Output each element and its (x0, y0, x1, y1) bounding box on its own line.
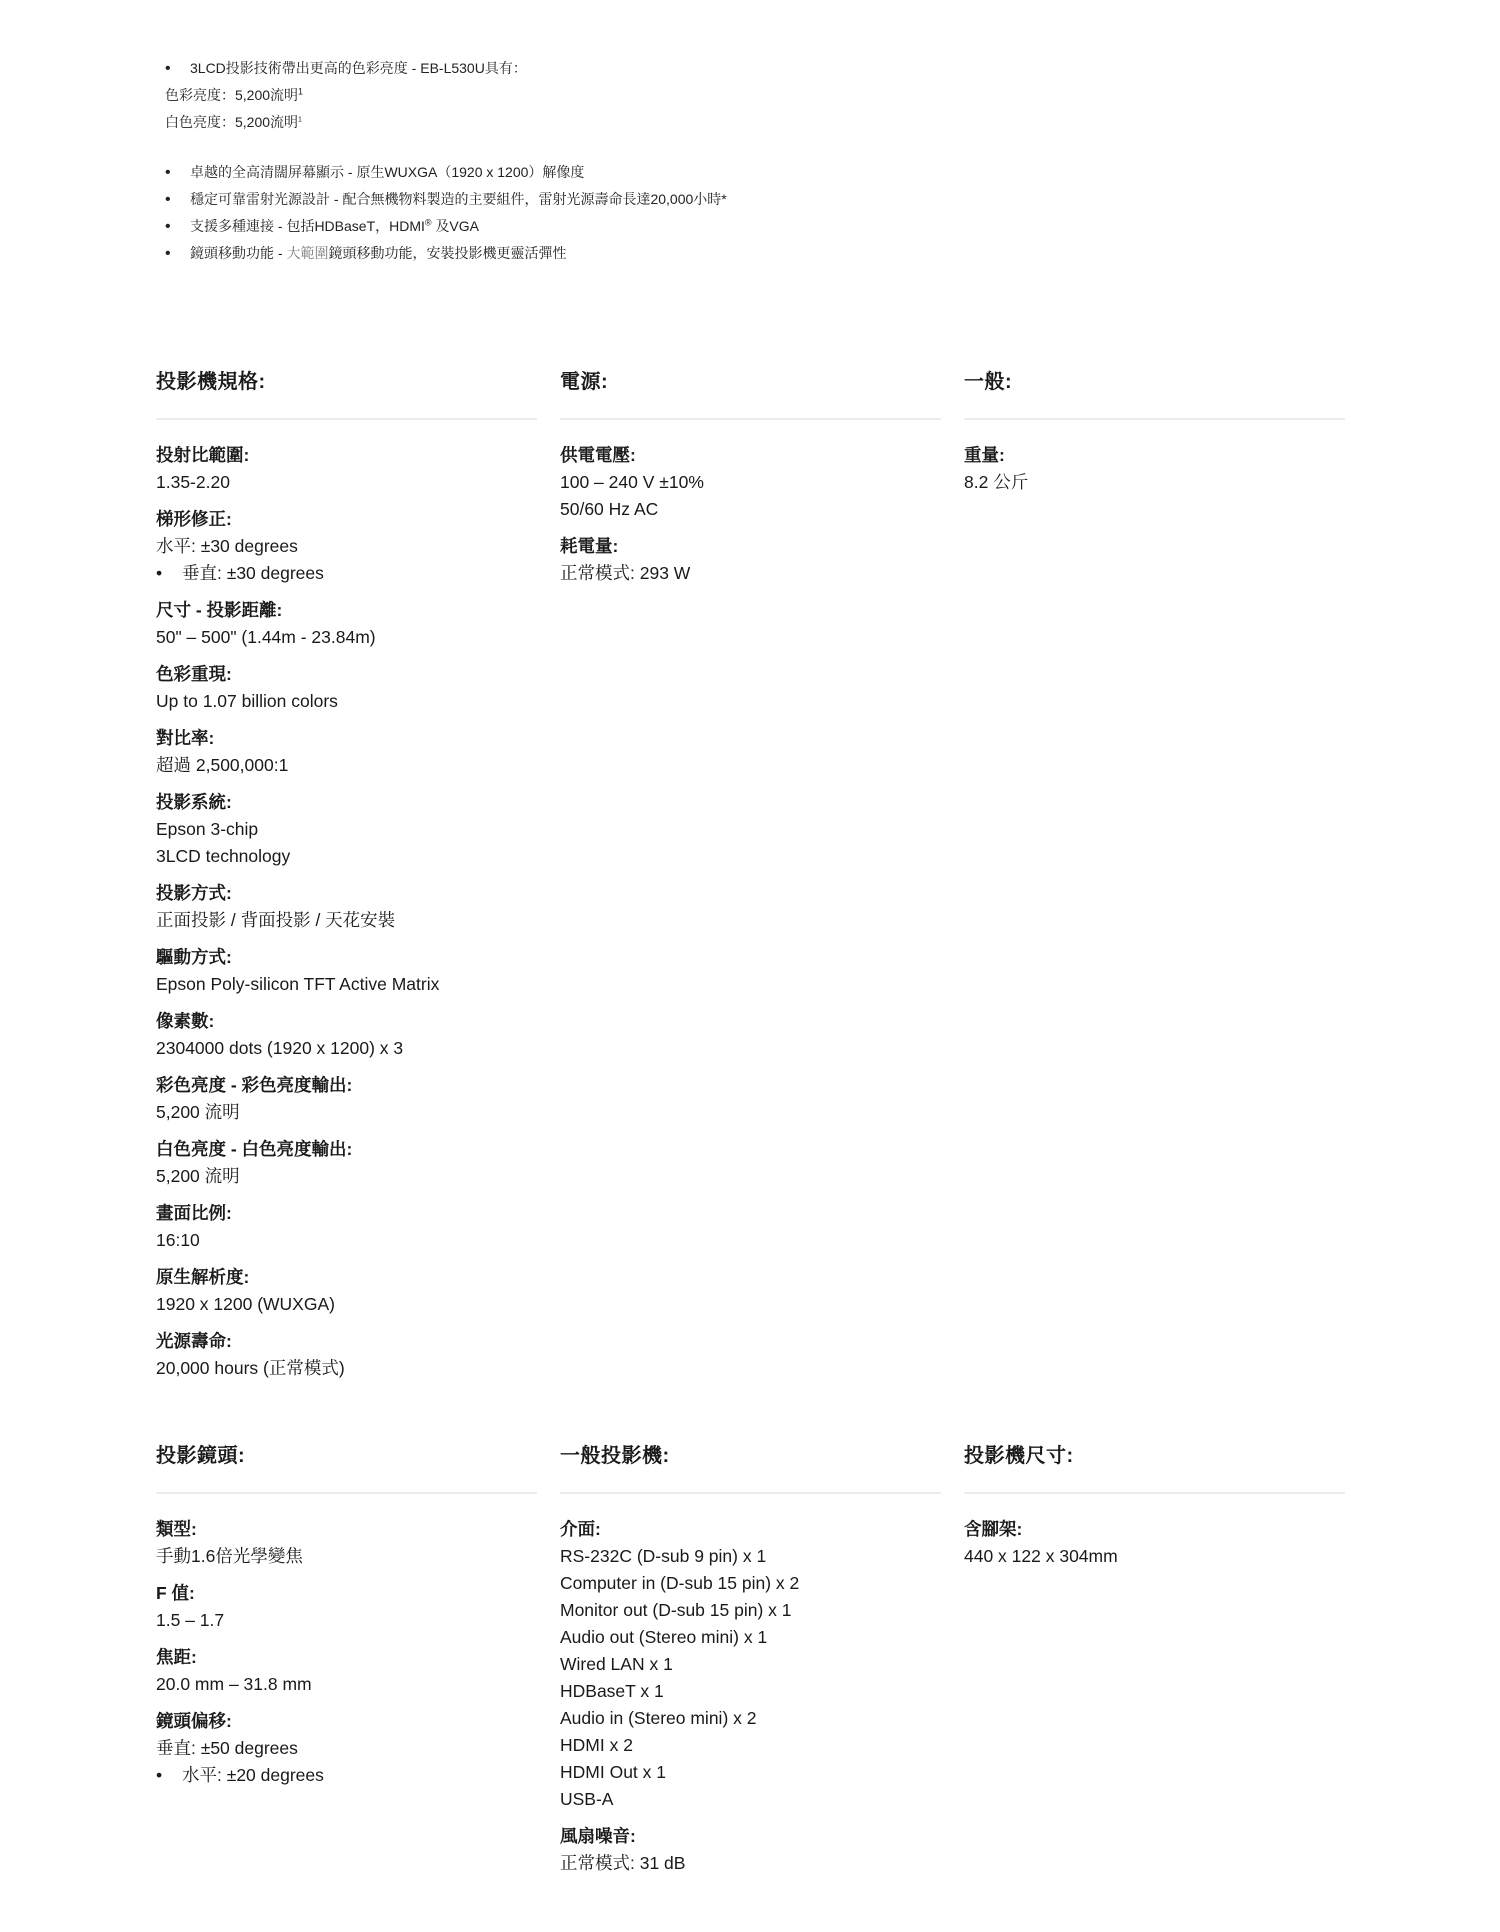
spec-value: 垂直: ±50 degrees (156, 1735, 537, 1762)
spec-label: 重量: (964, 442, 1345, 469)
spec-item: 驅動方式:Epson Poly-silicon TFT Active Matri… (156, 944, 537, 998)
spec-label: 對比率: (156, 725, 537, 752)
spec-value: 正常模式: 31 dB (560, 1850, 941, 1877)
spec-value: Computer in (D-sub 15 pin) x 2 (560, 1570, 941, 1597)
spec-list: 類型:手動1.6倍光學變焦F 值:1.5 – 1.7焦距:20.0 mm – 3… (156, 1516, 537, 1789)
spec-value: Wired LAN x 1 (560, 1651, 941, 1678)
spec-value-bulleted: 垂直: ±30 degrees (156, 560, 537, 587)
spec-item: 像素數:2304000 dots (1920 x 1200) x 3 (156, 1008, 537, 1062)
spec-item: F 值:1.5 – 1.7 (156, 1580, 537, 1634)
feature-item: 卓越的全高清闊屏幕顯示 - 原生WUXGA（1920 x 1200）解像度 (156, 159, 1356, 186)
color-brightness-line: 色彩亮度：5,200流明1 (156, 82, 1356, 109)
spec-label: 像素數: (156, 1008, 537, 1035)
spec-value: Audio out (Stereo mini) x 1 (560, 1624, 941, 1651)
section-title: 投影機規格: (156, 366, 537, 398)
spec-label: 投射比範圍: (156, 442, 537, 469)
lens-column: 投影鏡頭: 類型:手動1.6倍光學變焦F 值:1.5 – 1.7焦距:20.0 … (156, 1440, 537, 1887)
spec-item: 梯形修正:水平: ±30 degrees垂直: ±30 degrees (156, 506, 537, 587)
spec-label: 色彩重現: (156, 661, 537, 688)
spec-label: 畫面比例: (156, 1200, 537, 1227)
divider (156, 418, 537, 420)
spec-item: 投射比範圍:1.35-2.20 (156, 442, 537, 496)
spec-label: 白色亮度 - 白色亮度輸出: (156, 1136, 537, 1163)
spec-value: 1.35-2.20 (156, 469, 537, 496)
intro-list-1: 3LCD投影技術帶出更高的色彩亮度 - EB-L530U具有： (156, 55, 1356, 82)
spec-label: 介面: (560, 1516, 941, 1543)
spec-label: 原生解析度: (156, 1264, 537, 1291)
spec-item: 供電電壓:100 – 240 V ±10%50/60 Hz AC (560, 442, 941, 523)
spec-row-2: 投影鏡頭: 類型:手動1.6倍光學變焦F 值:1.5 – 1.7焦距:20.0 … (156, 1440, 1346, 1887)
spec-item: 色彩重現:Up to 1.07 billion colors (156, 661, 537, 715)
intro-bullet-3lcd: 3LCD投影技術帶出更高的色彩亮度 - EB-L530U具有： (156, 55, 1356, 82)
spec-value: HDBaseT x 1 (560, 1678, 941, 1705)
divider (964, 1492, 1345, 1494)
spec-label: 類型: (156, 1516, 537, 1543)
section-title: 一般投影機: (560, 1440, 941, 1472)
spec-list: 供電電壓:100 – 240 V ±10%50/60 Hz AC耗電量:正常模式… (560, 442, 941, 587)
spec-label: 投影方式: (156, 880, 537, 907)
spec-item: 鏡頭偏移:垂直: ±50 degrees水平: ±20 degrees (156, 1708, 537, 1789)
spec-value: 16:10 (156, 1227, 537, 1254)
spec-label: 彩色亮度 - 彩色亮度輸出: (156, 1072, 537, 1099)
spec-item: 畫面比例:16:10 (156, 1200, 537, 1254)
section-title: 電源: (560, 366, 941, 398)
divider (560, 1492, 941, 1494)
spec-value: 5,200 流明 (156, 1163, 537, 1190)
registered-mark: ® (425, 217, 432, 227)
spec-list: 投射比範圍:1.35-2.20梯形修正:水平: ±30 degrees垂直: ±… (156, 442, 537, 1382)
spec-value: 手動1.6倍光學變焦 (156, 1543, 537, 1570)
spec-value-bulleted: 水平: ±20 degrees (156, 1762, 537, 1789)
spec-item: 風扇噪音:正常模式: 31 dB (560, 1823, 941, 1877)
spec-value: 3LCD technology (156, 843, 537, 870)
spec-label: 光源壽命: (156, 1328, 537, 1355)
section-title: 投影機尺寸: (964, 1440, 1345, 1472)
divider (560, 418, 941, 420)
spec-value: 正面投影 / 背面投影 / 天花安裝 (156, 907, 537, 934)
spec-item: 投影方式:正面投影 / 背面投影 / 天花安裝 (156, 880, 537, 934)
intro-highlights: 3LCD投影技術帶出更高的色彩亮度 - EB-L530U具有： 色彩亮度：5,2… (156, 55, 1356, 267)
spec-value: 440 x 122 x 304mm (964, 1543, 1345, 1570)
spec-label: 梯形修正: (156, 506, 537, 533)
spec-value: 水平: ±30 degrees (156, 533, 537, 560)
spec-label: F 值: (156, 1580, 537, 1607)
spec-value: 8.2 公斤 (964, 469, 1345, 496)
spec-item: 彩色亮度 - 彩色亮度輸出:5,200 流明 (156, 1072, 537, 1126)
power-column: 電源: 供電電壓:100 – 240 V ±10%50/60 Hz AC耗電量:… (560, 366, 941, 1392)
spec-label: 風扇噪音: (560, 1823, 941, 1850)
spec-value: Epson 3-chip (156, 816, 537, 843)
spec-value: 50/60 Hz AC (560, 496, 941, 523)
spec-list: 含腳架:440 x 122 x 304mm (964, 1516, 1345, 1570)
spec-item: 類型:手動1.6倍光學變焦 (156, 1516, 537, 1570)
spec-label: 尺寸 - 投影距離: (156, 597, 537, 624)
spec-value: 20.0 mm – 31.8 mm (156, 1671, 537, 1698)
spec-item: 白色亮度 - 白色亮度輸出:5,200 流明 (156, 1136, 537, 1190)
intro-feature-list: 卓越的全高清闊屏幕顯示 - 原生WUXGA（1920 x 1200）解像度 穩定… (156, 159, 1356, 267)
spec-item: 原生解析度:1920 x 1200 (WUXGA) (156, 1264, 537, 1318)
spec-label: 供電電壓: (560, 442, 941, 469)
spec-item: 耗電量:正常模式: 293 W (560, 533, 941, 587)
dimensions-column: 投影機尺寸: 含腳架:440 x 122 x 304mm (964, 1440, 1345, 1887)
spec-value: RS-232C (D-sub 9 pin) x 1 (560, 1543, 941, 1570)
spec-label: 投影系統: (156, 789, 537, 816)
spec-label: 耗電量: (560, 533, 941, 560)
divider (964, 418, 1345, 420)
spec-value: HDMI x 2 (560, 1732, 941, 1759)
section-title: 一般: (964, 366, 1345, 398)
spec-value: Monitor out (D-sub 15 pin) x 1 (560, 1597, 941, 1624)
spec-value: 20,000 hours (正常模式) (156, 1355, 537, 1382)
spec-item: 重量:8.2 公斤 (964, 442, 1345, 496)
spec-item: 含腳架:440 x 122 x 304mm (964, 1516, 1345, 1570)
spec-value: 50" – 500" (1.44m - 23.84m) (156, 624, 537, 651)
spec-value: 100 – 240 V ±10% (560, 469, 941, 496)
spec-value: 5,200 流明 (156, 1099, 537, 1126)
spec-item: 焦距:20.0 mm – 31.8 mm (156, 1644, 537, 1698)
feature-item: 穩定可靠雷射光源設計 - 配合無機物料製造的主要組件，雷射光源壽命長達20,00… (156, 186, 1356, 213)
spec-label: 驅動方式: (156, 944, 537, 971)
spec-value: 1920 x 1200 (WUXGA) (156, 1291, 537, 1318)
general-column: 一般: 重量:8.2 公斤 (964, 366, 1345, 1392)
spec-value: Up to 1.07 billion colors (156, 688, 537, 715)
spec-value: 2304000 dots (1920 x 1200) x 3 (156, 1035, 537, 1062)
spec-label: 焦距: (156, 1644, 537, 1671)
spec-list: 重量:8.2 公斤 (964, 442, 1345, 496)
spec-label: 含腳架: (964, 1516, 1345, 1543)
feature-item: 鏡頭移動功能 - 大範圍鏡頭移動功能，安裝投影機更靈活彈性 (156, 240, 1356, 267)
spec-item: 光源壽命:20,000 hours (正常模式) (156, 1328, 537, 1382)
projector-specs-column: 投影機規格: 投射比範圍:1.35-2.20梯形修正:水平: ±30 degre… (156, 366, 537, 1392)
divider (156, 1492, 537, 1494)
spec-value: HDMI Out x 1 (560, 1759, 941, 1786)
spec-value: 1.5 – 1.7 (156, 1607, 537, 1634)
spec-value: USB-A (560, 1786, 941, 1813)
footnote-marker: 1 (298, 86, 303, 96)
spec-row-1: 投影機規格: 投射比範圍:1.35-2.20梯形修正:水平: ±30 degre… (156, 366, 1346, 1392)
spec-item: 投影系統:Epson 3-chip3LCD technology (156, 789, 537, 870)
spec-item: 尺寸 - 投影距離:50" – 500" (1.44m - 23.84m) (156, 597, 537, 651)
spec-value: 超過 2,500,000:1 (156, 752, 537, 779)
general-projector-column: 一般投影機: 介面:RS-232C (D-sub 9 pin) x 1Compu… (560, 1440, 941, 1887)
white-brightness-line: 白色亮度：5,200流明1 (156, 109, 1356, 136)
spec-value: 正常模式: 293 W (560, 560, 941, 587)
spec-value: Epson Poly-silicon TFT Active Matrix (156, 971, 537, 998)
spec-value: Audio in (Stereo mini) x 2 (560, 1705, 941, 1732)
spec-label: 鏡頭偏移: (156, 1708, 537, 1735)
section-title: 投影鏡頭: (156, 1440, 537, 1472)
spec-item: 介面:RS-232C (D-sub 9 pin) x 1Computer in … (560, 1516, 941, 1813)
feature-item: 支援多種連接 - 包括HDBaseT，HDMI® 及VGA (156, 213, 1356, 240)
spec-item: 對比率:超過 2,500,000:1 (156, 725, 537, 779)
footnote-marker: 1 (298, 116, 302, 123)
spec-list: 介面:RS-232C (D-sub 9 pin) x 1Computer in … (560, 1516, 941, 1877)
